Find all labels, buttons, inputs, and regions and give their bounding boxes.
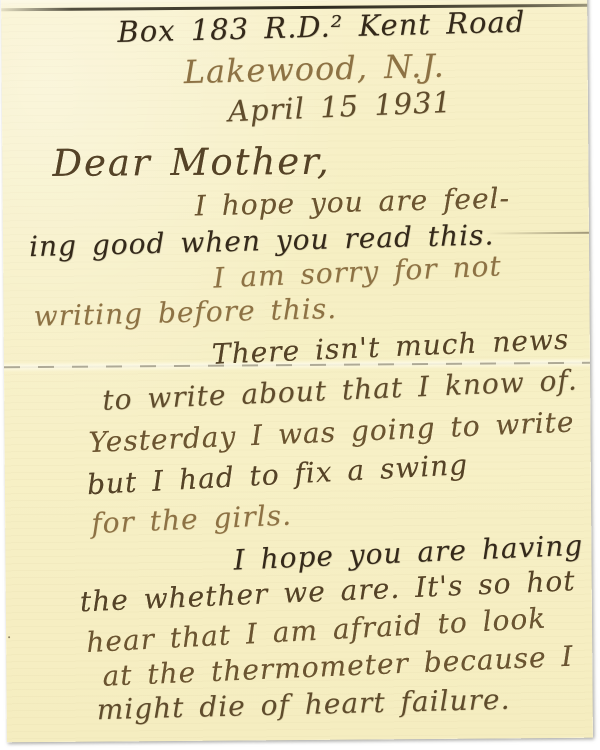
salutation: Dear Mother, [52, 140, 331, 185]
scanner-background: Box 183 R.D.² Kent Road Lakewood, N.J. A… [0, 0, 600, 750]
letter-paper: Box 183 R.D.² Kent Road Lakewood, N.J. A… [1, 0, 593, 742]
ink-speck [8, 636, 10, 638]
letter-line: for the girls. [91, 499, 293, 541]
address-line: Box 183 R.D.² Kent Road [117, 5, 526, 49]
city-line: Lakewood, N.J. [183, 47, 445, 92]
letter-line: I hope you are feel- [194, 182, 510, 223]
right-edge-crease [484, 232, 589, 234]
letter-line: writing before this. [33, 292, 337, 333]
date-line: April 15 1931 [227, 85, 452, 129]
